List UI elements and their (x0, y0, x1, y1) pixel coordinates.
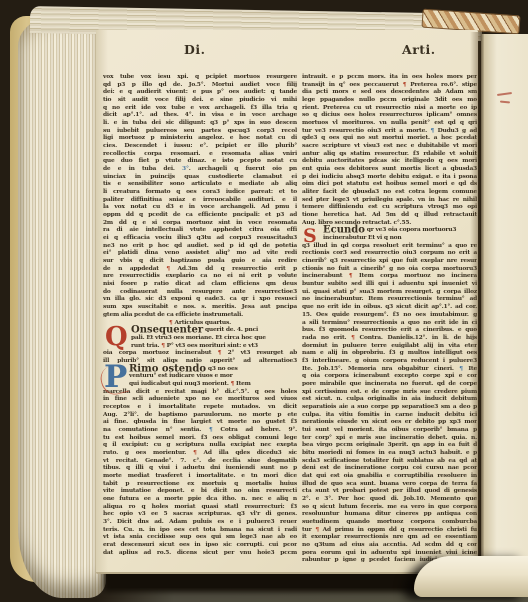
rubric-mark: 3° (182, 165, 189, 172)
text-segment: bea virgo pccm originale 3perit. qn app … (302, 441, 477, 448)
text-segment: f3 interlineare. g oium corpora reducent… (302, 357, 477, 364)
text-segment: oim dici pot statutu est hoibus semel mo… (302, 180, 477, 187)
text-line: tabit p resurrectione ex mortuis q morta… (103, 480, 297, 488)
text-line: tibus. q illi q viui i aduetu dni iuenie… (103, 464, 297, 472)
text-line: vt recitat. Genade°. 7. c°. de ecclia si… (103, 457, 297, 465)
text-line: gtem alia pcedut de ca efficiete instrum… (103, 311, 297, 319)
text-segment: cinerib° q3 resurrectio xpi que fuit exe… (302, 257, 477, 264)
text-segment: scda3 scificatione totaliter fuit sublat… (302, 457, 477, 464)
text-line: cies. Descendet i iussu: e°. pcipiet er … (103, 142, 297, 150)
text-segment: erat descensuri sicut oes in ipso sic co… (103, 541, 297, 548)
text-segment: Ad primu in oppm dd q resurrectio christ… (319, 526, 477, 533)
text-segment: separatiois aie a suo corpe pp separatio… (302, 403, 477, 410)
text-line: aliter facit de qbusda3 no est cotra leg… (302, 188, 477, 196)
drop-cap-p-initial: P (104, 362, 127, 393)
text-line: bitu moriedi ni fomes in ea nuq3 actu3 h… (302, 449, 477, 457)
text-line: ra di aie intellectuali vtute apphedet c… (103, 226, 297, 234)
text-line: bea virgo pccm originale 3perit. qn app … (302, 441, 477, 449)
text-line: ai fine. qbusda in fine largiet vt morte… (103, 418, 297, 426)
text-segment: Item corpa mortuoz no incinera (352, 272, 477, 279)
text-line: sed pter lege3 vt priuilegiu spale. vn i… (302, 196, 477, 204)
text-line: dat aplius ad ro.5. dicens sicut per vnu… (103, 549, 297, 557)
text-segment: vite imutatioe deponet. e bi dicit no oi… (103, 487, 297, 494)
text-segment: ctionis no fuit a cinerib° g no oia corp… (302, 265, 477, 272)
text-line: no q3tum ad eius aia accntia. Ad scdm dd… (302, 541, 477, 549)
text-line: q3 illud in qd corpa resoluet erit termi… (302, 242, 477, 250)
text-line: 2m dd q e si corpa mortuoz sint in voce … (103, 219, 297, 227)
text-segment: rient. Preterea cu ut resurrectio nisi a… (302, 104, 477, 111)
text-segment: tis e sensibiliter sono articulato e med… (103, 180, 297, 187)
text-segment: Cotra ad hebre. 9°. (213, 426, 298, 433)
text-segment: Ite. Job.15°. Memoria nra obgabitur cine… (302, 365, 459, 372)
text-line: antur aliq qs statim resurectur. f3 rdab… (302, 150, 477, 158)
text-line: bus. f3 quomoda resurrectio erit a ciner… (302, 326, 477, 334)
text-line: culpa. ita vitiu fomitis in carne induci… (302, 411, 477, 419)
text-segment: 15. Oes quide resurgem°. f3 no oes imuta… (302, 311, 477, 318)
text-segment: bus. f3 quomoda resurrectio erit a ciner… (302, 326, 477, 333)
text-segment: do codinauerat nulla resurgere ante resu… (103, 288, 297, 295)
text-line: do codinauerat nulla resurgere ante resu… (103, 288, 297, 296)
book-photo-background: Di. Arti. Q P vox tube vox iesu xpi. q p… (0, 0, 528, 602)
running-head-right: Arti. (402, 42, 436, 57)
text-line: ctionis no fuit a cinerib° g no oia corp… (302, 265, 477, 273)
text-line: erat descensuri sicut oes in ipso sic co… (103, 541, 297, 549)
text-segment: rectionis cor3 sed resurrectio oiu3 corp… (302, 249, 477, 256)
text-line: ligi mortuoz p ministeriu angeloz. e hoc… (103, 134, 297, 142)
text-line: dia pcti mors e sed oes descedentes ab A… (302, 88, 477, 96)
text-segment: li. e in tuba dei sic diligunt: q3 p° xp… (103, 119, 297, 126)
text-line: 2°. e 3°. Per hoc quod di. Job.10. Memen… (302, 495, 477, 503)
book-page: Di. Arti. Q P vox tube vox iesu xpi. q p… (96, 30, 478, 574)
text-segment: vn illa glo. sic d3 exponi q eade3. ca q… (103, 295, 297, 302)
text-segment: su iubebit puluereos seu partes qscuq3 c… (103, 127, 297, 134)
text-line: suetudinem quando mortuoz corpora combur… (302, 518, 477, 526)
text-segment: venturu° est iudicare viuos e mor (129, 372, 233, 379)
curled-page-corner (414, 556, 528, 597)
text-line: cta sunt vt probari potest per illud quo… (302, 487, 477, 495)
text-line: vn illa glo. sic d3 exponi q eade3. ca q… (103, 295, 297, 303)
text-segment: antur aliq qs statim resurectur. f3 rdab… (302, 150, 477, 157)
text-line: ui. quasi stati p° sua3 mortem resurget.… (302, 288, 477, 296)
text-line: sur vbis q dicit baptizano pusla guio e … (103, 257, 297, 265)
text-line: f3 interlineare. g oium corpora reducent… (302, 357, 477, 365)
text-segment: uinciax in puincijs quas custodierte cla… (103, 173, 297, 180)
text-segment: incinerabutur Et vi q non (323, 234, 402, 241)
text-segment: nam e alij in obprobriu. f3 g multos int… (302, 349, 477, 356)
text-segment: ei q efficacia vociu iliu3 q3tu ad corpu… (103, 234, 297, 241)
text-line: nam e alij in obprobriu. f3 g multos int… (302, 349, 477, 357)
text-line: xpi certissimu est. e de corpe mris sue … (302, 388, 477, 396)
text-segment: vox tube vox iesu xpi. q pcipiet mortuos… (103, 73, 297, 80)
text-segment: it exemplar resurrectionis nre qm ad ee … (302, 533, 477, 540)
text-segment: in fine scli adueniete xpo no ee moritur… (103, 395, 297, 402)
text-line: so q sicut lutum feceris. me ea vero in … (302, 503, 477, 511)
text-line: 15. Oes quide resurgem°. f3 no oes imuta… (302, 311, 477, 319)
text-line: que duo fiet p vtute dinaz. e isto pcept… (103, 157, 297, 165)
text-segment: paliter diffinitiua sniaz e irreuocabile… (103, 196, 297, 203)
text-segment: incinerabunt (302, 272, 349, 279)
text-line: transijt in q° oes peccauerut ¶ Preterea… (302, 81, 477, 89)
text-line: no incinerabuntur. Item resurrectionis t… (302, 295, 477, 303)
text-line: oia corpa mortuoz incinerabut ¶ 2° vt3 r… (103, 349, 297, 357)
text-line: scda3 scificatione totaliter fuit sublat… (302, 457, 477, 465)
text-segment: nisi foore p ratio dicat ad clam efficie… (103, 280, 297, 287)
text-segment: dei: e q audierit viuent: e pus p° oes a… (103, 88, 297, 95)
text-line: rada no erit. ¶ Contra. Danielis.12°. in… (302, 334, 477, 342)
text-segment: ter corp° xpi e mris sue incineratio deb… (302, 434, 477, 441)
text-segment: 3°. Dicit dns ad. Adam puluis es e i pul… (103, 518, 297, 525)
text-segment: tur ve3 resurrectio oiu3 erit a morte. (302, 127, 431, 134)
text-segment: Contra. Danielis.12°. in li. de hijs (355, 334, 477, 341)
text-segment: marcella dicit e recitat magi b° di.c°.5… (103, 388, 297, 395)
text-segment: aliqua ro q holes moriat quasi statl res… (103, 503, 297, 510)
text-line: illud de quo sca sunt. buana vero corpa … (302, 480, 477, 488)
text-line: li creatura formato q oes cora3 iudice p… (103, 188, 297, 196)
text-segment: tabit p resurrectione ex mortuis q morta… (103, 480, 297, 487)
text-line: qui iudicabut qui nuq3 morient. ¶ Item (103, 380, 297, 388)
text-segment: tio sit audit voce filij dei. e sine piu… (103, 96, 297, 103)
text-line: tu est hoibus semel mori. f3 oes obligat… (103, 434, 297, 442)
text-line: tur ¶ Ad primu in oppm dd q resurrectio … (302, 526, 477, 534)
text-line: separatiois aie a suo corpe pp separatio… (302, 403, 477, 411)
text-line: est sicut. n. culpa originalis in aia in… (302, 395, 477, 403)
text-line: ei q efficacia vociu iliu3 q3tu ad corpu… (103, 234, 297, 242)
text-segment: 2°. e 3°. Per hoc quod di. Job.10. Memen… (302, 495, 477, 502)
text-segment: xpi certissimu est. e de corpe mris sue … (302, 388, 477, 395)
text-line: buntur subito sed illi qui i aduentu xpi… (302, 280, 477, 288)
text-line: lege ppagandos nullo pccm originale 3dit… (302, 96, 477, 104)
text-segment: aliter facit de qbusda3 no est cotra leg… (302, 188, 477, 195)
text-segment: sed pter lege3 vt priuilegiu spale. vn i… (302, 196, 477, 203)
text-line: qd p3 p illo qd de. Jo.5°. Mortui audiet… (103, 81, 297, 89)
text-segment: resoluuntur humana ditur cineres pp anti… (302, 510, 477, 517)
text-segment: ruto. g oes morientur. (103, 449, 193, 456)
text-line: mortuos vl morituros. vn nulla penit° es… (302, 119, 477, 127)
text-segment: qde3 q oes qui no sut mortui moriet. a h… (302, 134, 477, 141)
text-segment: 2m dd q e si corpa mortuoz sint in voce … (103, 219, 297, 226)
text-line: incinerabunt ¶ Item corpa mortuoz no inc… (302, 272, 477, 280)
text-segment: mortuos vl morituros. vn nulla penit° es… (302, 119, 477, 126)
left-text-column: Q P vox tube vox iesu xpi. q pcipiet mor… (103, 73, 297, 556)
text-line: it exemplar resurrectionis nre qm ad ee … (302, 533, 477, 541)
text-segment: Preterea ro.6°. stipe (406, 81, 477, 88)
text-segment: suetudinem quando mortuoz corpora combur… (302, 518, 477, 525)
text-line: oppm dd q pcedit de ca efficiente pncipa… (103, 211, 297, 219)
text-segment: P° vt3 oes morituri sint: e vt3 (165, 342, 258, 349)
text-line: ne3 no erit p hoc qd audiet. sed p id qd… (103, 242, 297, 250)
text-segment: que no erit ide in oibus. q3 sicut dicit… (302, 303, 477, 310)
text-segment: qr ve3 oia copora mortuoru3 (365, 226, 456, 233)
text-segment: tibus. q illi q viui i aduetu dni iuenie… (103, 464, 297, 471)
left-page-stack-edges (18, 12, 106, 598)
text-segment: sur vbis q dicit baptizano pusla guio e … (103, 257, 297, 264)
text-segment: intrauit. e p pccm mors. ita in oes hole… (302, 73, 477, 80)
drop-cap-s-initial: S (303, 227, 317, 246)
text-line: receptos e i imortalitate repete mutados… (103, 403, 297, 411)
text-segment: dicit ap°.1°. ad thes. 4°. in visa e in … (103, 111, 297, 118)
text-line: deni est de incineratione corpu coi curs… (302, 464, 477, 472)
text-line: Rimo ostendo q3 no oes (103, 365, 297, 373)
text-segment: pali. Et vtru3 oes moriane. Et circa hoc… (131, 334, 266, 341)
text-segment: q no erit ide vox tube e vox archageli. … (103, 104, 297, 111)
text-segment: no incinerabuntur. Item resurrectionis t… (302, 295, 477, 302)
text-line: a sili terminu° resurrectionis a quo no … (302, 319, 477, 327)
text-line: aliqua ro q holes moriat quasi statl res… (103, 503, 297, 511)
text-line: pali. Et vtru3 oes moriane. Et circa hoc… (103, 334, 297, 342)
text-line: marcella dicit e recitat magi b° di.c°.5… (103, 388, 297, 396)
text-segment: q3 no oes (206, 365, 238, 372)
text-segment: rada no erit. (302, 334, 351, 341)
text-line: de e in tuba dei. 3°. archageli q fuerut… (103, 165, 297, 173)
text-line: su iubebit puluereos seu partes qscuq3 c… (103, 127, 297, 135)
text-line: dei: e q audierit viuent: e pus p° oes a… (103, 88, 297, 96)
text-segment: lege ppagandos nullo pccm originale 3dit… (302, 96, 477, 103)
text-segment: nre resurrectidis exeplario ca no ei ni … (103, 272, 297, 279)
text-line: paliter diffinitiua sniaz e irreuocabile… (103, 196, 297, 204)
text-segment: ent quia oes debitores sunt mortis licet… (302, 165, 477, 172)
text-segment: ai fine. qbusda in fine largiet vt morte… (103, 418, 297, 425)
text-segment: q oia corpora icinerabunt excepto corpe … (302, 372, 477, 379)
text-segment: transijt in q° oes peccauerut (302, 81, 403, 88)
text-line: li. e in tuba dei sic diligunt: q3 p° xp… (103, 119, 297, 127)
text-line: p dei iudiciu absq3 morte debitu exigat.… (302, 173, 477, 181)
text-segment: morte mediat trasferet i imortalitate. e… (103, 472, 297, 479)
text-segment: Ad.3m dd q resurrectio erit p (170, 265, 297, 272)
text-segment: la vox notat cu d3 e in voce archangeli.… (103, 203, 297, 210)
text-line: nisi foore p ratio dicat ad clam efficie… (103, 280, 297, 288)
text-segment: li creatura formato q oes cora3 iudice p… (103, 188, 297, 195)
text-line: pore mirabile que incinerata no fuerut. … (302, 380, 477, 388)
text-segment: pore mirabile que incinerata no fuerut. … (302, 380, 477, 387)
text-line: ei° platidi dina veno assistet aliq° mo … (103, 249, 297, 257)
text-segment: q il excipiut: cu g scriptura nulla exci… (103, 441, 297, 448)
text-segment: no q3tum ad eius aia accntia. Ad scdm dd… (302, 541, 477, 548)
text-segment: . archageli q fuerut oio pn (189, 165, 297, 172)
text-line: dat qui est oia gnabilia e corruptibilia… (302, 472, 477, 480)
text-segment: vt recitat. Genade°. 7. c°. de ecclia si… (103, 457, 297, 464)
text-segment: teris. Cu. n. in ipo oes cet tota bmana … (103, 526, 297, 533)
text-segment: tu est hoibus semel mori. f3 oes obligat… (103, 434, 297, 441)
text-line: Aug. 2°li°. de baptismo paruulorum. no m… (103, 411, 297, 419)
text-line: ter corp° xpi e mris sue incineratio deb… (302, 434, 477, 442)
text-line: de n appdedat ¶ Ad.3m dd q resurrectio e… (103, 265, 297, 273)
text-line: so q dicius oes holes resurrecturos ipli… (302, 111, 477, 119)
text-segment: que duo fiet p vtute dinaz. e isto pcept… (103, 157, 297, 164)
text-segment: culpa. ita vitiu fomitis in carne induci… (302, 411, 477, 418)
text-segment: Ad illa qdes dicedu3 sic (197, 449, 297, 456)
text-line: Ite. Job.15°. Memoria nra obgabitur cine… (302, 365, 477, 373)
text-segment: dormiut in puluere terre euigilabt alij … (302, 342, 477, 349)
text-line: rectionis cor3 sed resurrectio oiu3 corp… (302, 249, 477, 257)
text-segment: de n appdedat (103, 265, 166, 272)
text-line: ent quia oes debitores sunt mortis licet… (302, 165, 477, 173)
text-line: tione heretica hat. Ad 5m dd q illud ret… (302, 211, 477, 219)
text-segment: querit de. 4. pnci (203, 326, 258, 333)
text-segment: temere diffiniendu est cu scriptura vtro… (302, 203, 477, 210)
text-line: tui sunt vel morient. ita oibus corporib… (302, 426, 477, 434)
text-segment: cies. Descendet i iussu: e°. pcipiet er … (103, 142, 297, 149)
text-segment: qd p3 p illo qd de. Jo.5°. Mortui audiet… (103, 81, 297, 88)
text-segment: hec opio v3 ee 5 sacras scripturas. q3 v… (103, 510, 297, 517)
text-line: sacre scripture vt visu3 est nec e dubit… (302, 142, 477, 150)
text-line: qde3 q oes qui no sut mortui moriet. a h… (302, 134, 477, 142)
text-segment: deni est de incineratione corpu coi curs… (302, 464, 477, 471)
text-line: venturu° est iudicare viuos e mor (103, 372, 297, 380)
text-line: tis e sensibiliter sono articulato e med… (103, 180, 297, 188)
text-segment: nerationis eiusde vn sicut oes er debito… (302, 418, 477, 425)
text-segment: dia pcti mors e sed oes descedentes ab A… (302, 88, 477, 95)
text-segment: na comutatione n° sentia. (103, 426, 209, 433)
text-line: teris. Cu. n. in ipo oes cet tota bmana … (103, 526, 297, 534)
text-line: 3°. Dicit dns ad. Adam puluis es e i pul… (103, 518, 297, 526)
text-line: oim dici pot statutu est hoibus semel mo… (302, 180, 477, 188)
text-segment: cta sunt vt probari potest per illud quo… (302, 487, 477, 494)
text-line: cinerib° q3 resurrectio xpi que fuit exe… (302, 257, 477, 265)
text-segment: qui iudicabut qui nuq3 morient. (129, 380, 231, 387)
text-segment: debitu auctoritates pdcas sic itelligedo… (302, 157, 477, 164)
text-line: vite imutatioe deponet. e bi dicit no oi… (103, 487, 297, 495)
text-segment: dat aplius ad ro.5. dicens sicut per vnu… (103, 549, 297, 556)
text-line: que no erit ide in oibus. q3 sicut dicit… (302, 303, 477, 311)
text-segment: tur (302, 526, 315, 533)
text-segment: sacre scripture vt visu3 est nec e dubit… (302, 142, 477, 149)
text-line: la vox notat cu d3 e in voce archangeli.… (103, 203, 297, 211)
text-segment: buntur subito sed illi qui i aduentu xpi… (302, 280, 477, 287)
text-segment: one futura ee a morte ppie dca itho. n. … (103, 495, 297, 502)
text-line: uinciax in puincijs quas custodierte cla… (103, 173, 297, 181)
text-segment: runt tria. (131, 342, 161, 349)
text-segment: tui sunt vel morient. ita oibus corporib… (302, 426, 477, 433)
text-segment: dat qui est oia gnabilia e corruptibilia… (302, 472, 477, 479)
text-line: q il excipiut: cu g scriptura nulla exci… (103, 441, 297, 449)
text-line: dicit ap°.1°. ad thes. 4°. in visa e in … (103, 111, 297, 119)
text-line: hec opio v3 ee 5 sacras scripturas. q3 v… (103, 510, 297, 518)
right-text-column: S intrauit. e p pccm mors. ita in oes ho… (302, 73, 477, 564)
text-segment: oppm dd q pcedit de ca efficiente pncipa… (103, 211, 297, 218)
text-segment: illud de quo sca sunt. buana vero corpa … (302, 480, 477, 487)
text-line: vox tube vox iesu xpi. q pcipiet mortuos… (103, 73, 297, 81)
text-line: ruto. g oes morientur. ¶ Ad illa qdes di… (103, 449, 297, 457)
text-segment: 2° vt3 resurget ab (221, 349, 297, 356)
text-segment: est sicut. n. culpa originalis in aia in… (302, 395, 477, 402)
text-segment: receptos e i imortalitate repete mutados… (103, 403, 297, 410)
text-segment: vt ista snia cecidisse sup oes qui sm le… (103, 533, 297, 540)
text-segment: ui. quasi stati p° sua3 mortem resurget.… (302, 288, 477, 295)
text-line: Ecundo qr ve3 oia copora mortuoru3 (302, 226, 477, 234)
drop-cap-q-initial: Q (105, 324, 128, 350)
text-line: nre resurrectidis exeplario ca no ei ni … (103, 272, 297, 280)
text-line: intrauit. e p pccm mors. ita in oes hole… (302, 73, 477, 81)
gutter-crease-shadow (470, 32, 484, 572)
text-segment: so q sicut lutum feceris. me ea vero in … (302, 503, 477, 510)
text-line: recollectis corpa resomari. e resomata a… (103, 150, 297, 158)
text-segment: bitu moriedi ni fomes in ea nuq3 actu3 h… (302, 449, 477, 456)
text-segment: ei° platidi dina veno assistet aliq° mo … (103, 249, 297, 256)
text-line: debitu auctoritates pdcas sic itelligedo… (302, 157, 477, 165)
text-segment: tione heretica hat. Ad 5m dd q illud ret… (302, 211, 477, 218)
text-line: resoluuntur humana ditur cineres pp anti… (302, 510, 477, 518)
text-line: tio sit audit voce filij dei. e sine piu… (103, 96, 297, 104)
text-segment: q3 illud in qd corpa resoluet erit termi… (302, 242, 477, 249)
text-segment: ra di aie intellectuali vtute apphedet c… (103, 226, 297, 233)
text-line: one futura ee a morte ppie dca itho. n. … (103, 495, 297, 503)
text-segment: recollectis corpa resomari. e resomata a… (103, 150, 297, 157)
running-head-left: Di. (184, 42, 205, 57)
text-segment: de e in tuba dei. (103, 165, 182, 172)
text-segment: p dei iudiciu absq3 morte debitu exigat.… (302, 173, 477, 180)
text-line: dormiut in puluere terre euigilabt alij … (302, 342, 477, 350)
text-segment: sum xps suscitabit e nos. s. meritis. Je… (103, 303, 297, 310)
text-segment: pora eorum qui in aduentu xpi inueniet v… (302, 549, 477, 556)
next-page-edge (481, 34, 528, 572)
text-line: nerationis eiusde vn sicut oes er debito… (302, 418, 477, 426)
text-segment: ne3 no erit p hoc qd audiet. sed p id qd… (103, 242, 297, 249)
text-segment: a sili terminu° resurrectionis a quo no … (302, 319, 477, 326)
text-segment: ligi mortuoz p ministeriu angeloz. e hoc… (103, 134, 297, 141)
text-line: runt tria. ¶ P° vt3 oes morituri sint: e… (103, 342, 297, 350)
text-line: q no erit ide vox tube e vox archageli. … (103, 104, 297, 112)
text-segment: rabuntur p igne g pcedet faciem iudicis. (302, 556, 446, 563)
text-line: in fine scli adueniete xpo no ee moritur… (103, 395, 297, 403)
text-line: rient. Preterea cu ut resurrectio nisi a… (302, 104, 477, 112)
text-line: vt ista snia cecidisse sup oes qui sm le… (103, 533, 297, 541)
text-segment: so q dicius oes holes resurrecturos ipli… (302, 111, 477, 118)
text-line: q oia corpora icinerabunt excepto corpe … (302, 372, 477, 380)
text-segment: Item (234, 380, 251, 387)
text-line: temere diffiniendu est cu scriptura vtro… (302, 203, 477, 211)
text-segment: gtem alia pcedut de ca efficiete instrum… (103, 311, 243, 318)
text-line: sum xps suscitabit e nos. s. meritis. Je… (103, 303, 297, 311)
text-line: na comutatione n° sentia. ¶ Cotra ad heb… (103, 426, 297, 434)
text-segment: Aug. 2°li°. de baptismo paruulorum. no m… (103, 411, 297, 418)
text-line: tur ve3 resurrectio oiu3 erit a morte. ¶… (302, 127, 477, 135)
text-line: incinerabutur Et vi q non (302, 234, 477, 242)
text-line: Onsequenter querit de. 4. pnci (103, 326, 297, 334)
text-line: morte mediat trasferet i imortalitate. e… (103, 472, 297, 480)
